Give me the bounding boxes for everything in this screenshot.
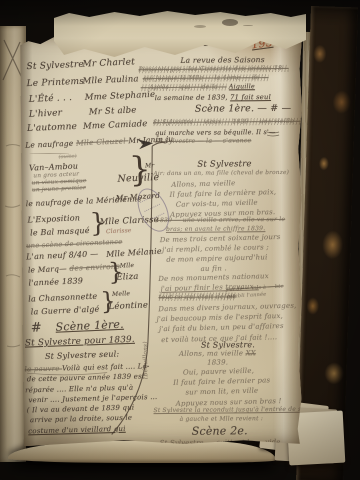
cue-struck: XX (246, 349, 256, 357)
cue-year: 1839. (207, 358, 228, 366)
crossed-header-line: qui jusque là Mlle — la 4ème — de — (143, 74, 269, 82)
speaker-name: St Sylvestre. (201, 340, 255, 349)
group-line: la Guerre d'algé (31, 305, 100, 317)
cast-actor: Mr Charlet (82, 57, 135, 69)
cast-role: L'Été . . . (29, 93, 73, 105)
monologue-line: costume d'un vieillard qui (26, 423, 164, 437)
cast-role: St Sylvestre (26, 60, 84, 72)
scene-heading: # Scène 1ère. (30, 317, 124, 336)
vertical-margin-note: (Béquillons) (143, 341, 149, 379)
group-actor: Léontine (108, 300, 148, 312)
crossed-stage-direction: St Sylvestre — vieux — 1839 — une vieill… (153, 118, 303, 126)
actor-prefix: Mlle (120, 262, 135, 270)
air-indication: Air: dans un an, ma fille (cheval de bro… (153, 170, 289, 177)
cast-actor: Mme Stephanie (85, 90, 156, 103)
manuscript-photograph: 1840 193 La revue des Saisons Personnage… (0, 0, 360, 480)
play-title: La revue des Saisons (180, 55, 264, 65)
cast-actor: Mlle Paulina (82, 74, 139, 86)
actor-prefix: Melle (112, 290, 130, 298)
stage-note-line: bras; en avant le chiffre 1839. (156, 224, 285, 232)
cast-role: L'an neuf 8/40 — (26, 249, 99, 261)
scene-heading-text: Scène 1ère. (55, 318, 124, 334)
crossed-row-lead: Le naufrage (25, 139, 76, 150)
cast-role: Le Printems (26, 77, 84, 89)
group-line: l'année 1839 (28, 276, 83, 287)
verse-line: Oui, pauvre vieille, (173, 366, 281, 377)
ghost-word: Clarisse (106, 228, 132, 235)
aiguille-word: Aiguille (229, 83, 255, 90)
hash-mark: # (30, 320, 42, 335)
verse-line: De nos monuments nationaux (158, 272, 269, 283)
group-line: le Marq— des environs (28, 262, 120, 275)
actor-prefix: Mr (145, 162, 155, 169)
cast-crossed-row: Le naufrage Mlle Clauzel Mr Janin ju (25, 134, 174, 149)
crossed-row-struck: Mlle Clauzel (76, 136, 129, 147)
speaker-name: St Sylvestre (197, 159, 251, 169)
header-note: la semaine de 1839, 71 fait seul (155, 93, 271, 102)
verse: Allons, ma vieille Il faut faire la dern… (169, 178, 277, 219)
struck-word: la pauvre (25, 364, 63, 373)
cast-actor: Mr St albe (89, 105, 137, 117)
group-line: L'Exposition (27, 213, 80, 224)
verse-line: Allons, ma vieille (169, 178, 276, 189)
verse-line: Car vois-tu, ma vieille (170, 198, 277, 209)
stage-note-line: 1839 — une vieille arrive, elle va sur l… (156, 216, 285, 224)
stage-direction: St Sylvestre seul: (45, 349, 120, 361)
scene-2-heading: Scène 2e. (192, 424, 248, 437)
group-line: la Chansonnette (28, 292, 98, 304)
crossed-header-line: — Après — qui — de la — Aiguille (141, 83, 255, 91)
scene-subtitle: St Sylvestre pour 1839. (25, 335, 135, 349)
marquis-lead: le Marq— (28, 264, 70, 275)
verse: De mes trois cent soixante jours j'ai re… (160, 233, 282, 274)
crossed-header-line: Personnages : les Conscrits des années 1… (139, 65, 289, 73)
cast-actor: Mme Camiade (83, 119, 148, 132)
cast-role: L'hiver (29, 108, 63, 119)
group-line: un jeune premier (32, 185, 86, 193)
crossed-verse-line: tout ce qui était défait (158, 292, 235, 301)
verse-line: Il faut faire la dernière paix, (169, 188, 276, 199)
cue-line: Allons, ma vieille XX (179, 349, 256, 358)
group-line: le Bal masqué (30, 226, 90, 238)
cast-role: L'automne (27, 122, 77, 134)
note-lead: la semaine de 1839, (155, 93, 230, 102)
verse-line: Il faut faire le dernier pas (173, 376, 281, 387)
cue-text: Allons, ma vieille (179, 349, 246, 358)
ink-smudge (222, 19, 238, 26)
scene-1-header-line: Scène 1ère. — # — (195, 103, 292, 115)
manuscript-page: 1840 193 La revue des Saisons Personnage… (20, 29, 306, 446)
stage-note: 1839 — une vieille arrive, elle va sur l… (156, 216, 285, 233)
verse: Dans mes divers journaux, ouvrages, j'ai… (156, 302, 297, 344)
group-actor: Eliza (116, 272, 139, 283)
note-tail: 71 fait seul (230, 93, 271, 101)
verse-line: sur mon lit, en ville (173, 386, 281, 397)
group-note: (suite) (58, 154, 77, 161)
verse: Oui, pauvre vieille, Il faut faire le de… (173, 366, 282, 407)
